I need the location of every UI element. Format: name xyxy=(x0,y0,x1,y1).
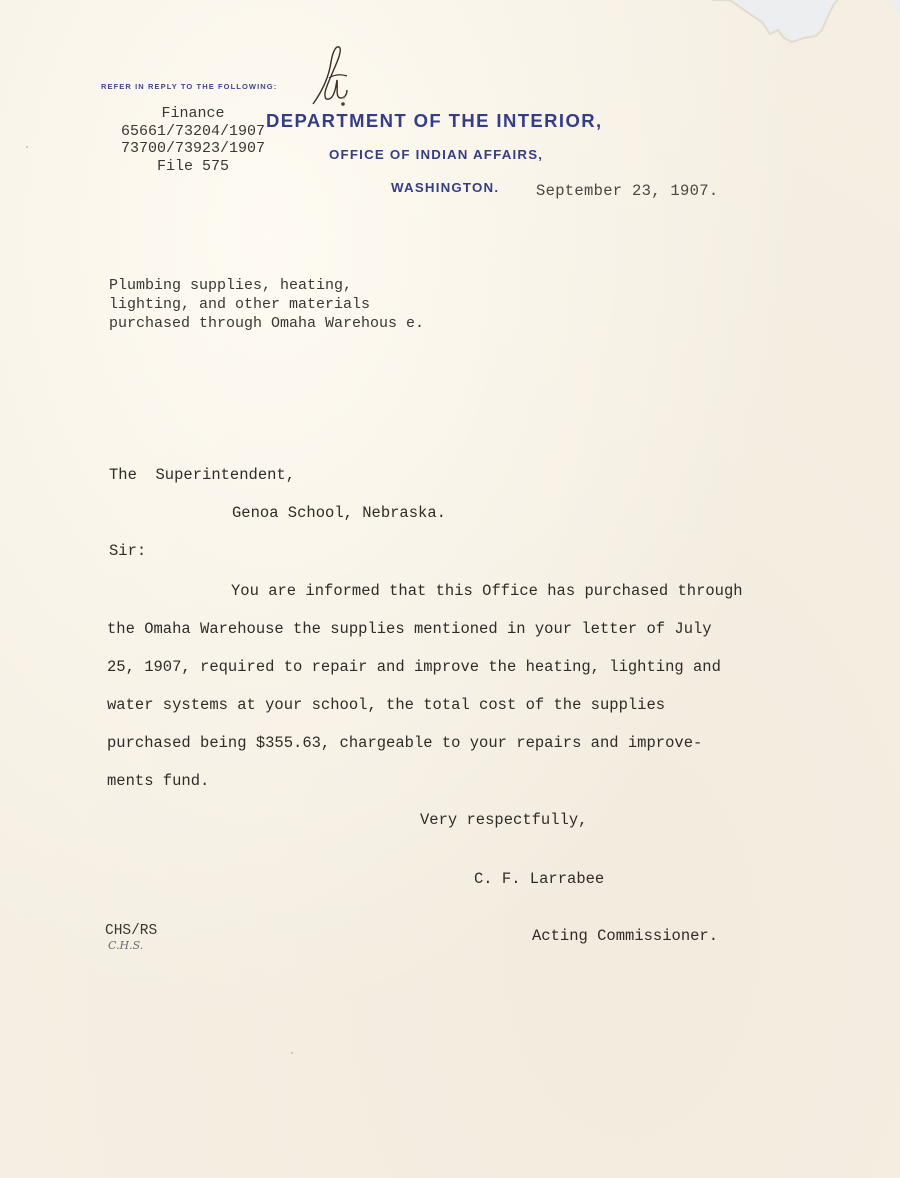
letterhead-department: DEPARTMENT OF THE INTERIOR, xyxy=(266,110,603,132)
letterhead-city: WASHINGTON. xyxy=(391,180,499,195)
body-line: water systems at your school, the total … xyxy=(107,695,867,733)
signer-name: C. F. Larrabee xyxy=(474,870,604,888)
ink-speck xyxy=(26,146,28,148)
signer-title: Acting Commissioner. xyxy=(532,927,718,945)
letter-body: You are informed that this Office has pu… xyxy=(107,581,867,809)
letterhead-office: OFFICE OF INDIAN AFFAIRS, xyxy=(329,147,543,162)
letter-page: REFER IN REPLY TO THE FOLLOWING: Finance… xyxy=(0,0,900,1178)
addressee-school: Genoa School, Nebraska. xyxy=(232,504,446,522)
file-ref-file: File 575 xyxy=(108,158,278,176)
ink-speck xyxy=(291,1052,293,1054)
body-line: ments fund. xyxy=(107,771,867,809)
subject-line: lighting, and other materials xyxy=(109,295,424,314)
handwritten-initials: C.H.S. xyxy=(108,939,143,952)
torn-corner xyxy=(712,0,900,48)
closing: Very respectfully, xyxy=(420,811,587,829)
body-line: You are informed that this Office has pu… xyxy=(107,581,867,619)
ink-speck xyxy=(342,96,345,99)
subject-line: Plumbing supplies, heating, xyxy=(109,276,424,295)
body-line: 25, 1907, required to repair and improve… xyxy=(107,657,867,695)
file-reference-block: Finance 65661/73204/1907 73700/73923/190… xyxy=(108,105,278,175)
refer-line: REFER IN REPLY TO THE FOLLOWING: xyxy=(101,82,277,91)
body-line: purchased being $355.63, chargeable to y… xyxy=(107,733,867,771)
file-ref-finance: Finance xyxy=(108,105,278,123)
letter-date: September 23, 1907. xyxy=(536,182,718,200)
body-line: the Omaha Warehouse the supplies mention… xyxy=(107,619,867,657)
typist-initials: CHS/RS xyxy=(105,923,157,939)
file-ref-number-2: 73700/73923/1907 xyxy=(108,140,278,158)
subject-block: Plumbing supplies, heating, lighting, an… xyxy=(109,276,424,333)
handwritten-initials-mark xyxy=(305,40,355,110)
file-ref-number-1: 65661/73204/1907 xyxy=(108,123,278,141)
addressee-title: The Superintendent, xyxy=(109,466,295,484)
subject-line: purchased through Omaha Warehous e. xyxy=(109,314,424,333)
salutation: Sir: xyxy=(109,542,146,560)
